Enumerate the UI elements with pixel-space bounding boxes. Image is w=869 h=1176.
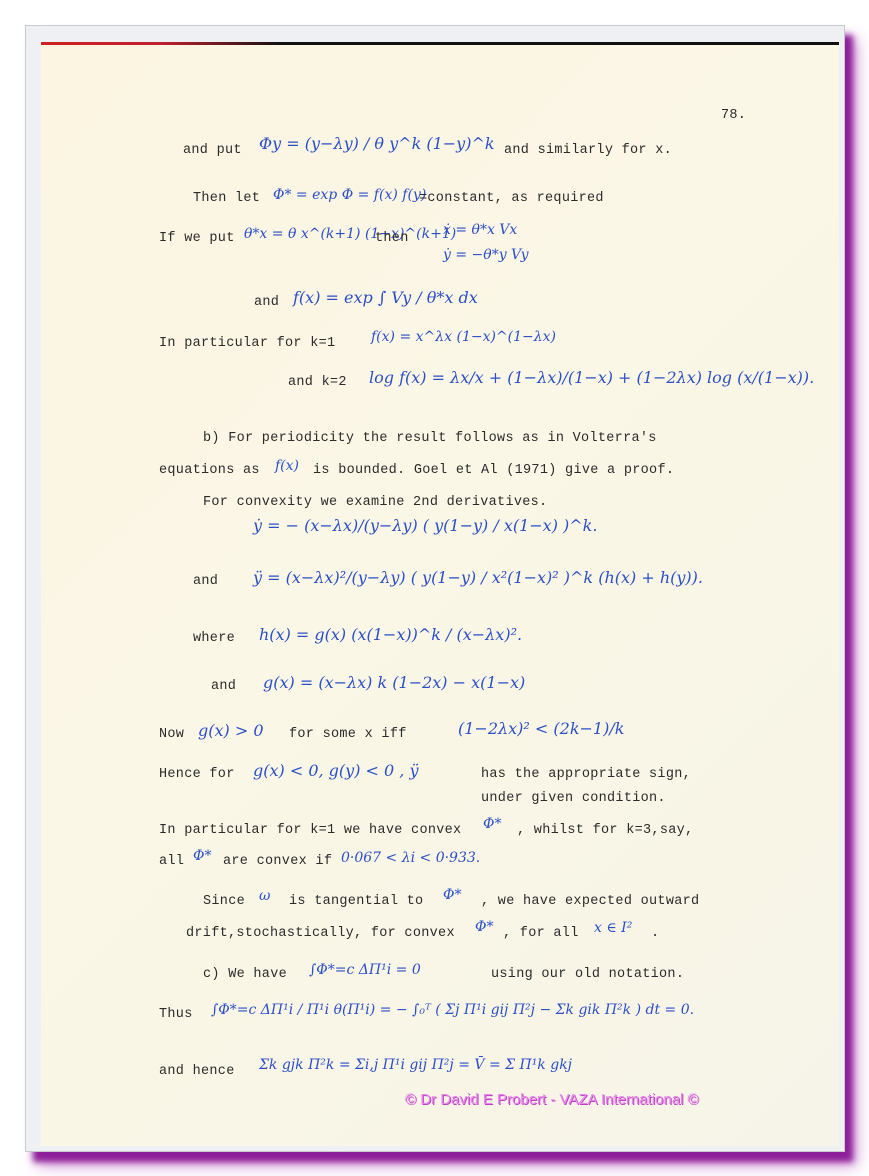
equation-integral-zero: ∫Φ*=c ΔΠ¹i = 0 [309, 962, 421, 978]
equation-g-negative: g(x) < 0, g(y) < 0 , ÿ [253, 761, 419, 780]
equation-k1: f(x) = x^λx (1−x)^(1−λx) [371, 329, 556, 345]
text-line-1-post: and similarly for x. [504, 143, 672, 158]
equation-phi-star-inline-4: Φ* [475, 919, 493, 935]
text-line-5-pre: In particular for k=1 [159, 336, 335, 351]
equation-phi-star-inline: Φ* [483, 816, 501, 832]
equation-x-in-i2: x ∈ I² [594, 920, 632, 936]
text-line-19-mid: is tangential to [289, 894, 423, 909]
text-line-1-pre: and put [183, 143, 242, 158]
text-line-13-pre: and [211, 679, 236, 694]
text-line-18-pre: all [159, 854, 184, 869]
text-line-14-pre: Now [159, 727, 184, 742]
text-line-18-mid: are convex if [223, 854, 332, 869]
text-line-16: under given condition. [481, 791, 666, 806]
page-top-edge [41, 42, 839, 45]
text-line-6-pre: and k=2 [288, 375, 347, 390]
text-line-3-pre: If we put [159, 231, 235, 246]
text-line-21-post: using our old notation. [491, 967, 684, 982]
text-line-4-pre: and [254, 295, 279, 310]
equation-omega: ω [259, 888, 270, 904]
text-line-19-post: , we have expected outward [481, 894, 699, 909]
equation-theta-star: θ*x = θ x^(k+1) (1−x)^(k+1) [244, 226, 456, 242]
text-line-3-then: then [375, 231, 409, 246]
text-line-11-pre: and [193, 574, 218, 589]
document-page: 78. and put Φy = (y−λy) / θ y^k (1−y)^k … [41, 42, 839, 1146]
equation-f-x-inline: f(x) [275, 458, 299, 474]
equation-phi-y: Φy = (y−λy) / θ y^k (1−y)^k [259, 134, 495, 153]
text-line-8-post: is bounded. Goel et Al (1971) give a pro… [313, 463, 674, 478]
text-line-8-pre: equations as [159, 463, 260, 478]
text-line-21-pre: c) We have [203, 967, 287, 982]
equation-phi-star-inline-3: Φ* [443, 887, 461, 903]
text-line-17-post: , whilst for k=3,say, [517, 823, 693, 838]
text-line-14-mid: for some x iff [289, 727, 407, 742]
copyright-watermark: © Dr David E Probert - VAZA Internationa… [405, 1091, 699, 1108]
text-line-7: b) For periodicity the result follows as… [203, 431, 657, 446]
text-line-15-pre: Hence for [159, 767, 235, 782]
equation-phi-star: Φ* = exp Φ = f(x) f(y) [273, 187, 426, 203]
equation-f-x: f(x) = exp ∫ Vy / θ*x dx [293, 288, 478, 307]
text-line-19-pre: Since [203, 894, 245, 909]
text-line-15-post: has the appropriate sign, [481, 767, 691, 782]
equation-y-dot: ẏ = −θ*y Vy [443, 247, 529, 263]
equation-g-x: g(x) = (x−λx) k (1−2x) − x(1−x) [263, 673, 525, 692]
equation-phi-star-inline-2: Φ* [193, 848, 211, 864]
text-line-12-pre: where [193, 631, 235, 646]
text-line-2-post: =constant, as required [419, 191, 604, 206]
equation-g-positive: g(x) > 0 [198, 721, 264, 740]
equation-integral-thus: ∫Φ*=c ΔΠ¹i / Π¹i θ(Π¹i) = − ∫₀ᵀ ( Σj Π¹i… [211, 1002, 694, 1018]
equation-hence: Σk gjk Π̄²k = Σi,j Π¹i gij Π²j = V̄ = Σ … [259, 1057, 572, 1073]
text-line-23-pre: and hence [159, 1064, 235, 1079]
page-number: 78. [721, 108, 746, 123]
equation-x-dot: ẋ = θ*x Vx [443, 222, 517, 238]
equation-y-ddot: ÿ = (x−λx)²/(y−λy) ( y(1−y) / x²(1−x)² )… [253, 568, 703, 587]
equation-condition: (1−2λx)² < (2k−1)/k [458, 719, 624, 738]
text-line-22-pre: Thus [159, 1007, 193, 1022]
equation-lambda-range: 0·067 < λi < 0·933. [341, 850, 480, 866]
equation-h-x: h(x) = g(x) (x(1−x))^k / (x−λx)². [259, 625, 522, 644]
text-line-20-mid: , for all [503, 926, 579, 941]
equation-k2: log f(x) = λx/x + (1−λx)/(1−x) + (1−2λx)… [369, 368, 814, 387]
text-line-2-pre: Then let [193, 191, 260, 206]
scan-frame: 78. and put Φy = (y−λy) / θ y^k (1−y)^k … [25, 25, 845, 1152]
text-line-20-pre: drift,stochastically, for convex [186, 926, 455, 941]
text-line-17-pre: In particular for k=1 we have convex [159, 823, 461, 838]
equation-y-dot-2: ẏ = − (x−λx)/(y−λy) ( y(1−y) / x(1−x) )^… [253, 516, 597, 535]
text-line-9: For convexity we examine 2nd derivatives… [203, 495, 547, 510]
text-line-20-post: . [651, 926, 659, 941]
